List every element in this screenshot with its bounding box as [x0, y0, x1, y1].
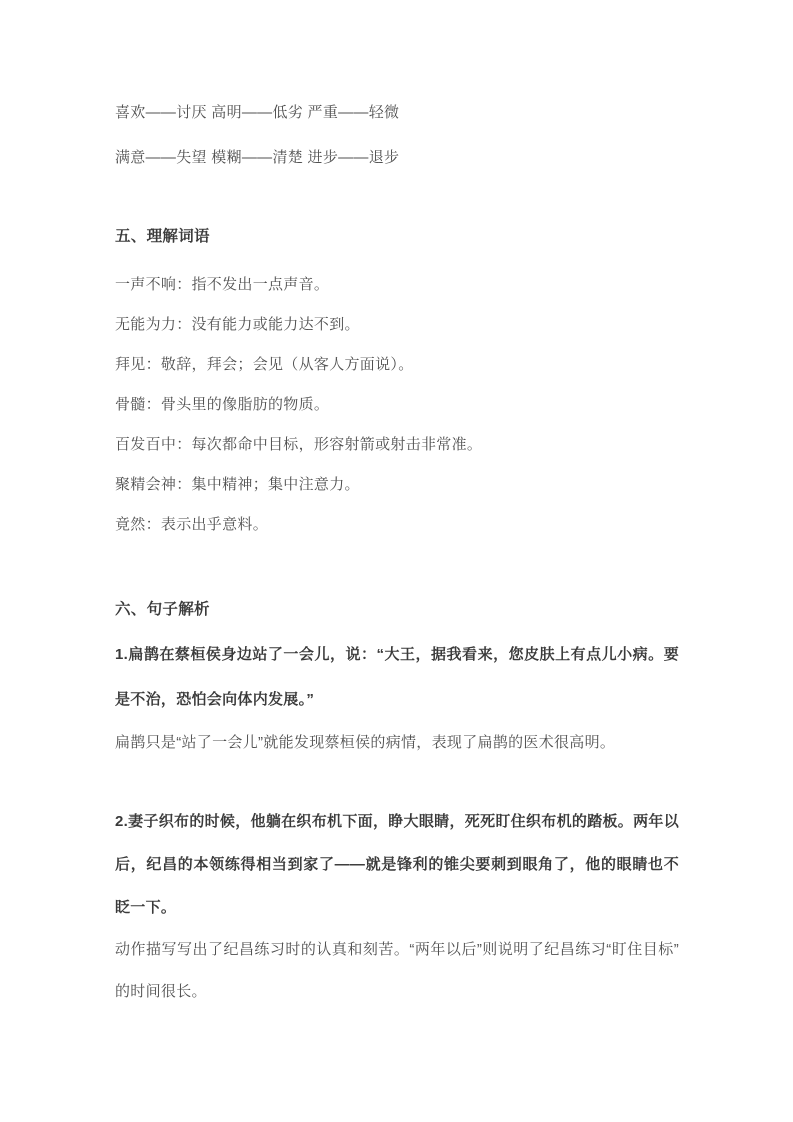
definition-item-5: 百发百中：每次都命中目标，形容射箭或射击非常准。: [115, 425, 679, 465]
definition-item-7: 竟然：表示出乎意料。: [115, 505, 679, 545]
document-content: 喜欢——讨厌 高明——低劣 严重——轻微 满意——失望 模糊——清楚 进步——退…: [0, 0, 793, 1013]
section-heading-sentence-analysis: 六、句子解析: [115, 587, 679, 632]
antonym-pairs-line-1: 喜欢——讨厌 高明——低劣 严重——轻微: [115, 90, 679, 135]
section-heading-word-understanding: 五、理解词语: [115, 214, 679, 259]
antonym-pairs-block: 喜欢——讨厌 高明——低劣 严重——轻微 满意——失望 模糊——清楚 进步——退…: [115, 90, 679, 180]
sentence-2-analysis: 动作描写写出了纪昌练习时的认真和刻苦。“两年以后”则说明了纪昌练习“盯住目标”的…: [115, 929, 679, 1013]
sentence-1-analysis: 扁鹊只是“站了一会儿”就能发现蔡桓侯的病情，表现了扁鹊的医术很高明。: [115, 722, 679, 764]
document-page: 喜欢——讨厌 高明——低劣 严重——轻微 满意——失望 模糊——清楚 进步——退…: [0, 0, 793, 1122]
antonym-pairs-line-2: 满意——失望 模糊——清楚 进步——退步: [115, 135, 679, 180]
sentence-2-text: 2.妻子织布的时候，他躺在织布机下面，睁大眼睛，死死盯住织布机的踏板。两年以后，…: [115, 800, 679, 929]
definition-item-4: 骨髓：骨头里的像脂肪的物质。: [115, 385, 679, 425]
definition-item-3: 拜见：敬辞，拜会；会见（从客人方面说）。: [115, 345, 679, 385]
definition-item-1: 一声不响：指不发出一点声音。: [115, 265, 679, 305]
definition-item-2: 无能为力：没有能力或能力达不到。: [115, 305, 679, 345]
sentence-1-text: 1.扁鹊在蔡桓侯身边站了一会儿，说：“大王，据我看来，您皮肤上有点儿小病。要是不…: [115, 632, 679, 722]
definition-item-6: 聚精会神：集中精神；集中注意力。: [115, 465, 679, 505]
